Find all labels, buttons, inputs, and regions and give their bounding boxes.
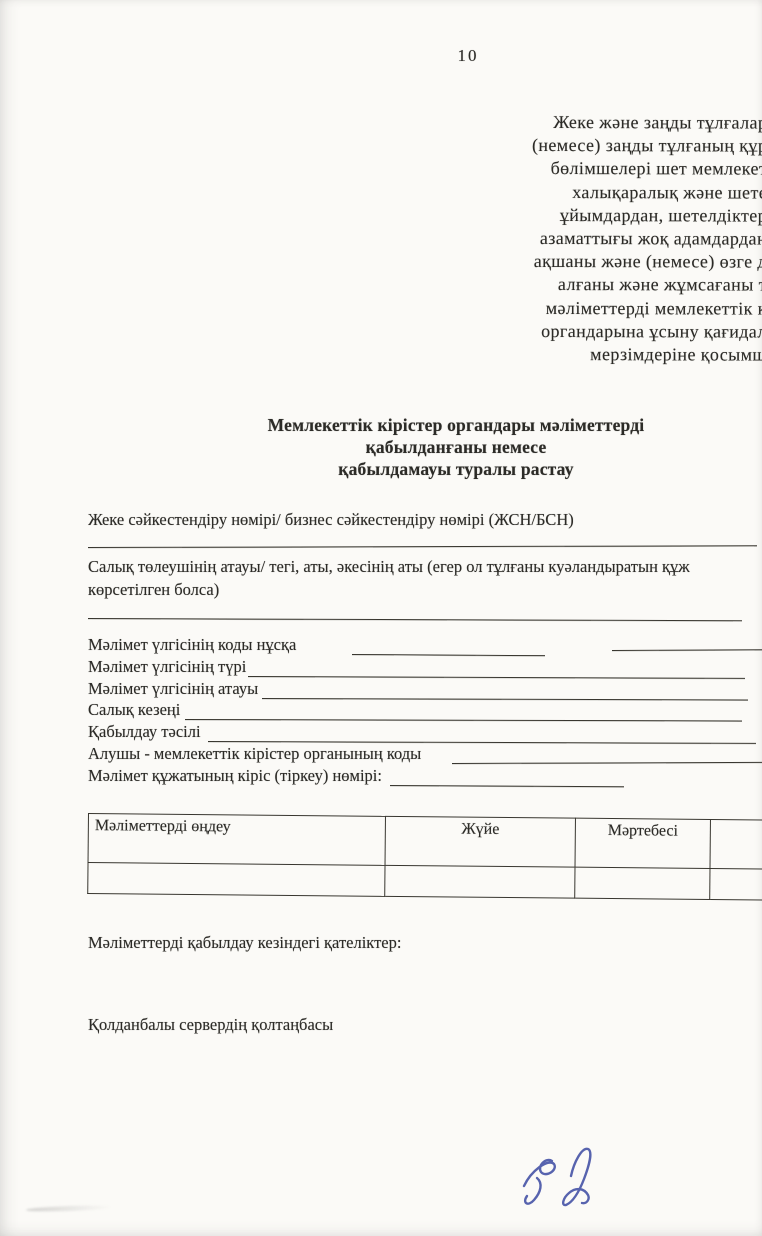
table-header-status: Мәртебесі (575, 818, 710, 868)
processing-table: Мәліметтерді өңдеу Жүйе Мәртебесі Мерзім… (87, 813, 762, 902)
table-header-row: Мәліметтерді өңдеу Жүйе Мәртебесі Мерзім… (88, 814, 762, 871)
field-label-reception-method: Қабылдау тәсілі (88, 722, 201, 742)
document-title: Мемлекеттік кірістер органдары мәліметте… (150, 414, 762, 480)
handwritten-signature (508, 1140, 604, 1217)
field-label-recipient-org-code: Алушы - мемлекеттік кірістер органының к… (88, 744, 421, 764)
intro-line: ақшаны және (немесе) өзге д (337, 250, 762, 274)
intro-line: азаматтығы жоқ адамдардан (337, 226, 762, 250)
field-underline (262, 698, 748, 701)
title-line: Мемлекеттік кірістер органдары мәліметте… (150, 414, 762, 436)
intro-paragraph: Жеке және заңды тұлғалар (немесе) заңды … (337, 110, 762, 366)
intro-line: органдарына ұсыну қағидал (337, 319, 762, 343)
intro-line: (немесе) заңды тұлғаның құр (337, 134, 762, 158)
intro-line: алғаны және жұмсағаны т (337, 273, 762, 297)
title-line: қабылданғаны немесе (150, 436, 762, 458)
page-number: 10 (448, 46, 488, 66)
field-underline (248, 676, 745, 679)
intro-line: Жеке және заңды тұлғалар (337, 110, 762, 134)
signature-ink-icon (508, 1140, 604, 1212)
idn-blank-line (88, 545, 757, 548)
taxpayer-label-line2: көрсетілген болса) (88, 580, 219, 600)
table-empty-cell (385, 865, 575, 898)
field-underline (352, 654, 545, 656)
table-header-datetime: Мерзімі уақыты (710, 819, 762, 870)
scan-smudge (26, 1205, 112, 1213)
intro-line: ұйымдардан, шетелдіктер (337, 203, 762, 227)
taxpayer-blank-line (88, 618, 742, 621)
taxpayer-label-line1: Салық төлеушінің атауы/ тегі, аты, әкесі… (88, 557, 690, 577)
title-line: қабылдамауы туралы растау (150, 458, 762, 480)
field-label-template-type: Мәлімет үлгісінің түрі (88, 657, 246, 677)
field-label-incoming-number: Мәлімет құжатының кіріс (тіркеу) нөмірі: (88, 766, 382, 786)
table-header-datetime-line1: Мерзімі (717, 823, 762, 845)
table-header-datetime-line2: уақыты (717, 844, 762, 866)
table-header-system: Жүйе (385, 816, 575, 867)
idn-label: Жеке сәйкестендіру нөмірі/ бизнес сәйкес… (88, 510, 574, 530)
table-empty-cell (575, 867, 710, 899)
field-underline (452, 762, 762, 764)
field-underline (612, 649, 762, 651)
field-label-template-name: Мәлімет үлгісінің атауы (88, 679, 258, 699)
table-empty-cell (88, 863, 385, 897)
field-label-template-code: Мәлімет үлгісінің коды нұсқа (88, 635, 296, 655)
intro-line: мәліметтерді мемлекеттік к (337, 296, 762, 320)
table-row (88, 863, 762, 902)
intro-line: халықаралық және шете (337, 180, 762, 204)
field-underline (390, 785, 624, 787)
field-label-tax-period: Салық кезеңі (88, 700, 180, 720)
field-underline (185, 719, 742, 721)
intro-line: бөлімшелері шет мемлекет (337, 157, 762, 181)
scanned-document-page: 10 Жеке және заңды тұлғалар (немесе) заң… (0, 0, 762, 1236)
intro-line: мерзімдеріне қосымш (337, 342, 762, 366)
table-header-processing: Мәліметтерді өңдеу (88, 814, 385, 866)
table-empty-cell (710, 868, 762, 901)
errors-label: Мәліметтерді қабылдау кезіндегі қателікт… (88, 933, 401, 953)
server-signature-label: Қолданбалы сервердің қолтаңбасы (88, 1015, 333, 1035)
